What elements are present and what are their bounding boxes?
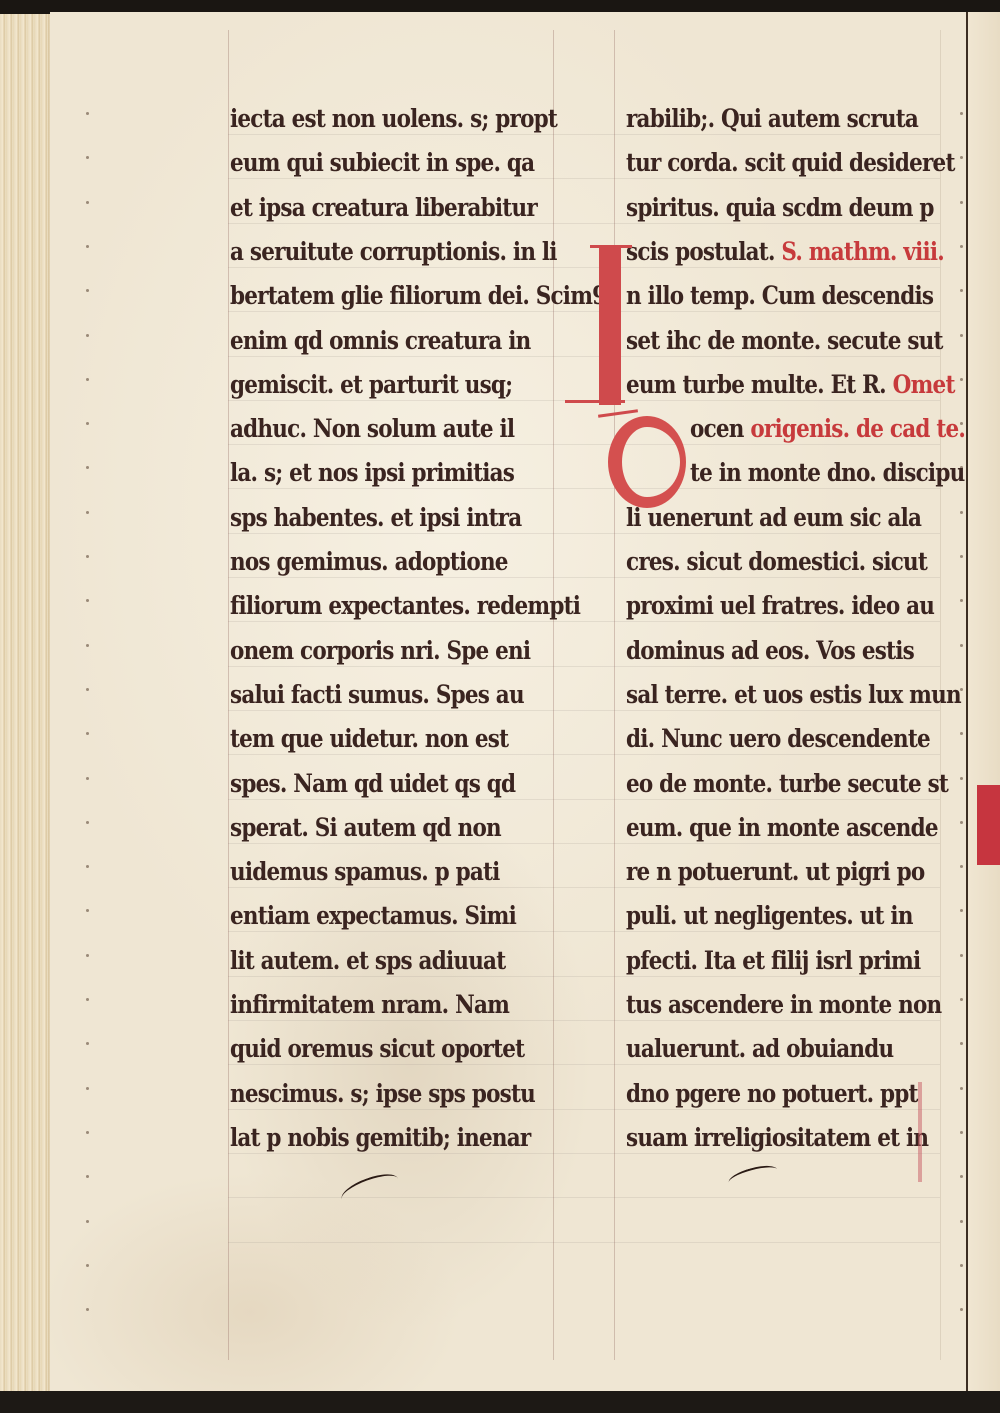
left-column-rule-left: [228, 30, 229, 1360]
text-line: te in monte dno. discipu: [690, 458, 964, 487]
pricking-hole: [86, 1131, 89, 1134]
ruling-line: [228, 1109, 940, 1110]
text-ink: scis postulat.: [626, 237, 781, 266]
ruling-line: [228, 1153, 940, 1154]
pricking-hole: [86, 865, 89, 868]
ruling-line: [228, 533, 940, 534]
pricking-hole: [960, 1042, 963, 1045]
text-line: set ihc de monte. secute sut: [626, 326, 943, 355]
pricking-hole: [86, 821, 89, 824]
pricking-hole: [86, 732, 89, 735]
pricking-hole: [960, 599, 963, 602]
text-line: rabilib;. Qui autem scruta: [626, 104, 918, 133]
text-line: tus ascendere in monte non: [626, 990, 941, 1019]
ruling-line: [228, 223, 940, 224]
pricking-hole: [86, 1220, 89, 1223]
text-line: dno pgere no potuert. ppt: [626, 1079, 918, 1108]
rubric-text: origenis. de cad te.: [750, 414, 965, 443]
ruling-line: [228, 134, 940, 135]
text-line: gemiscit. et parturit usq;: [230, 370, 512, 399]
ruling-line: [228, 976, 940, 977]
pricking-hole: [86, 156, 89, 159]
book-bottom-shadow: [0, 1391, 1000, 1413]
pricking-hole: [960, 1220, 963, 1223]
text-line: onem corporis nri. Spe eni: [230, 636, 530, 665]
pricking-hole: [86, 777, 89, 780]
pricking-hole: [960, 777, 963, 780]
text-line: proximi uel fratres. ideo au: [626, 591, 934, 620]
text-ink: ualuerunt. ad obuiandu: [626, 1034, 893, 1063]
text-ink: ocen: [690, 414, 750, 443]
text-ink: proximi uel fratres. ideo au: [626, 591, 934, 620]
text-line: adhuc. Non solum aute il: [230, 414, 514, 443]
pricking-hole: [960, 998, 963, 1001]
text-line: nescimus. s; ipse sps postu: [230, 1079, 535, 1108]
pricking-hole: [960, 289, 963, 292]
text-line: suam irreligiositatem et in: [626, 1123, 928, 1152]
rubric-text: Omet: [893, 370, 955, 399]
ruling-line: [228, 488, 940, 489]
initial-d: [608, 416, 686, 508]
text-ink: cres. sicut domestici. sicut: [626, 547, 927, 576]
page-edges-stack: [0, 14, 52, 1404]
ruling-line: [228, 1020, 940, 1021]
text-ink: puli. ut negligentes. ut in: [626, 901, 913, 930]
text-line: iecta est non uolens. s; propt: [230, 104, 557, 133]
text-line: spes. Nam qd uidet qs qd: [230, 769, 515, 798]
text-line: dominus ad eos. Vos estis: [626, 636, 914, 665]
ruling-line: [228, 666, 940, 667]
text-ink: dominus ad eos. Vos estis: [626, 636, 914, 665]
pricking-hole: [960, 954, 963, 957]
pricking-hole: [86, 466, 89, 469]
text-line: bertatem glie filiorum dei. Scim9: [230, 281, 606, 310]
text-line: sps habentes. et ipsi intra: [230, 503, 521, 532]
pricking-hole: [86, 555, 89, 558]
text-line: enim qd omnis creatura in: [230, 326, 531, 355]
pricking-hole: [960, 511, 963, 514]
text-line: puli. ut negligentes. ut in: [626, 901, 913, 930]
pricking-hole: [86, 688, 89, 691]
text-line: salui facti sumus. Spes au: [230, 680, 524, 709]
rubric-text: S. mathm. viii.: [781, 237, 944, 266]
pricking-hole: [86, 1042, 89, 1045]
pricking-hole: [86, 1175, 89, 1178]
pricking-hole: [960, 112, 963, 115]
text-ink: set ihc de monte. secute sut: [626, 326, 943, 355]
ruling-line: [228, 1064, 940, 1065]
initial-i: [599, 247, 621, 405]
pricking-hole: [86, 422, 89, 425]
pricking-hole: [960, 909, 963, 912]
text-line: eum. que in monte ascende: [626, 813, 938, 842]
pricking-hole: [960, 821, 963, 824]
ruling-line: [228, 931, 940, 932]
text-line: lit autem. et sps adiuuat: [230, 946, 505, 975]
text-ink: sal terre. et uos estis lux mun: [626, 680, 961, 709]
pricking-hole: [86, 1087, 89, 1090]
text-ink: eo de monte. turbe secute st: [626, 769, 948, 798]
pricking-hole: [960, 334, 963, 337]
text-line: quid oremus sicut oportet: [230, 1034, 524, 1063]
text-line: la. s; et nos ipsi primitias: [230, 458, 514, 487]
pricking-hole: [86, 954, 89, 957]
text-ink: spiritus. quia scdm deum p: [626, 193, 934, 222]
text-ink: pfecti. Ita et filij isrl primi: [626, 946, 920, 975]
text-line: filiorum expectantes. redempti: [230, 591, 580, 620]
pricking-hole: [86, 644, 89, 647]
text-ink: eum. que in monte ascende: [626, 813, 938, 842]
right-column-rule-left: [614, 30, 615, 1360]
text-line: cres. sicut domestici. sicut: [626, 547, 927, 576]
ruling-line: [228, 799, 940, 800]
pricking-hole: [960, 245, 963, 248]
text-line: lat p nobis gemitib; inenar: [230, 1123, 530, 1152]
text-line: eo de monte. turbe secute st: [626, 769, 948, 798]
pricking-hole: [960, 555, 963, 558]
pricking-hole: [86, 1264, 89, 1267]
pricking-hole: [86, 289, 89, 292]
text-line: ocen origenis. de cad te.: [690, 414, 965, 443]
pricking-hole: [960, 378, 963, 381]
pricking-hole: [86, 201, 89, 204]
pricking-hole: [960, 201, 963, 204]
pricking-hole: [86, 511, 89, 514]
text-line: uidemus spamus. p pati: [230, 857, 500, 886]
text-line: sperat. Si autem qd non: [230, 813, 501, 842]
ruling-line: [228, 710, 940, 711]
pricking-hole: [86, 909, 89, 912]
text-ink: dno pgere no potuert. ppt: [626, 1079, 918, 1108]
text-ink: te in monte dno. discipu: [690, 458, 964, 487]
facing-leaf-edge: [968, 12, 1000, 1412]
text-line: eum qui subiecit in spe. qa: [230, 148, 534, 177]
pricking-hole: [86, 599, 89, 602]
text-ink: n illo temp. Cum descendis: [626, 281, 933, 310]
text-line: eum turbe multe. Et R. Omet: [626, 370, 955, 399]
pricking-hole: [960, 865, 963, 868]
pricking-hole: [960, 1131, 963, 1134]
text-line: tem que uidetur. non est: [230, 724, 508, 753]
pricking-hole: [86, 245, 89, 248]
text-line: di. Nunc uero descendente: [626, 724, 930, 753]
pricking-hole: [86, 334, 89, 337]
text-ink: di. Nunc uero descendente: [626, 724, 930, 753]
ruling-line: [228, 1197, 940, 1198]
text-line: a seruitute corruptionis. in li: [230, 237, 557, 266]
text-line: spiritus. quia scdm deum p: [626, 193, 934, 222]
ruling-line: [228, 311, 940, 312]
text-ink: re n potuerunt. ut pigri po: [626, 857, 924, 886]
text-ink: tur corda. scit quid desideret: [626, 148, 955, 177]
ruling-line: [228, 267, 940, 268]
text-line: tur corda. scit quid desideret: [626, 148, 955, 177]
text-ink: eum turbe multe. Et R.: [626, 370, 893, 399]
initial-i-foot: [565, 400, 625, 403]
pricking-hole: [960, 1087, 963, 1090]
text-line: entiam expectamus. Simi: [230, 901, 516, 930]
pricking-hole: [960, 1175, 963, 1178]
ruling-line: [228, 356, 940, 357]
left-column-rule-right: [553, 30, 554, 1360]
text-line: re n potuerunt. ut pigri po: [626, 857, 924, 886]
text-ink: tus ascendere in monte non: [626, 990, 941, 1019]
ruling-line: [228, 621, 940, 622]
margin-red-mark: [918, 1082, 922, 1182]
text-line: ualuerunt. ad obuiandu: [626, 1034, 893, 1063]
ruling-line: [228, 843, 940, 844]
pricking-hole: [960, 156, 963, 159]
text-line: infirmitatem nram. Nam: [230, 990, 509, 1019]
pricking-hole: [960, 732, 963, 735]
ruling-line: [228, 577, 940, 578]
pricking-hole: [960, 1264, 963, 1267]
pricking-hole: [960, 644, 963, 647]
pricking-hole: [86, 112, 89, 115]
text-ink: rabilib;. Qui autem scruta: [626, 104, 918, 133]
text-ink: li uenerunt ad eum sic ala: [626, 503, 921, 532]
pricking-hole: [86, 998, 89, 1001]
text-line: et ipsa creatura liberabitur: [230, 193, 537, 222]
ruling-line: [228, 887, 940, 888]
pricking-hole: [86, 378, 89, 381]
text-ink: suam irreligiositatem et in: [626, 1123, 928, 1152]
text-line: nos gemimus. adoptione: [230, 547, 508, 576]
ruling-line: [228, 178, 940, 179]
text-line: n illo temp. Cum descendis: [626, 281, 933, 310]
pricking-hole: [960, 1308, 963, 1311]
ruling-line: [228, 754, 940, 755]
text-line: pfecti. Ita et filij isrl primi: [626, 946, 920, 975]
gutter-line: [966, 12, 968, 1407]
pricking-hole: [86, 1308, 89, 1311]
text-line: li uenerunt ad eum sic ala: [626, 503, 921, 532]
text-line: scis postulat. S. mathm. viii.: [626, 237, 944, 266]
ruling-line: [228, 444, 940, 445]
facing-page-initial: [977, 785, 1000, 865]
ruling-line: [228, 1242, 940, 1243]
text-line: sal terre. et uos estis lux mun: [626, 680, 961, 709]
